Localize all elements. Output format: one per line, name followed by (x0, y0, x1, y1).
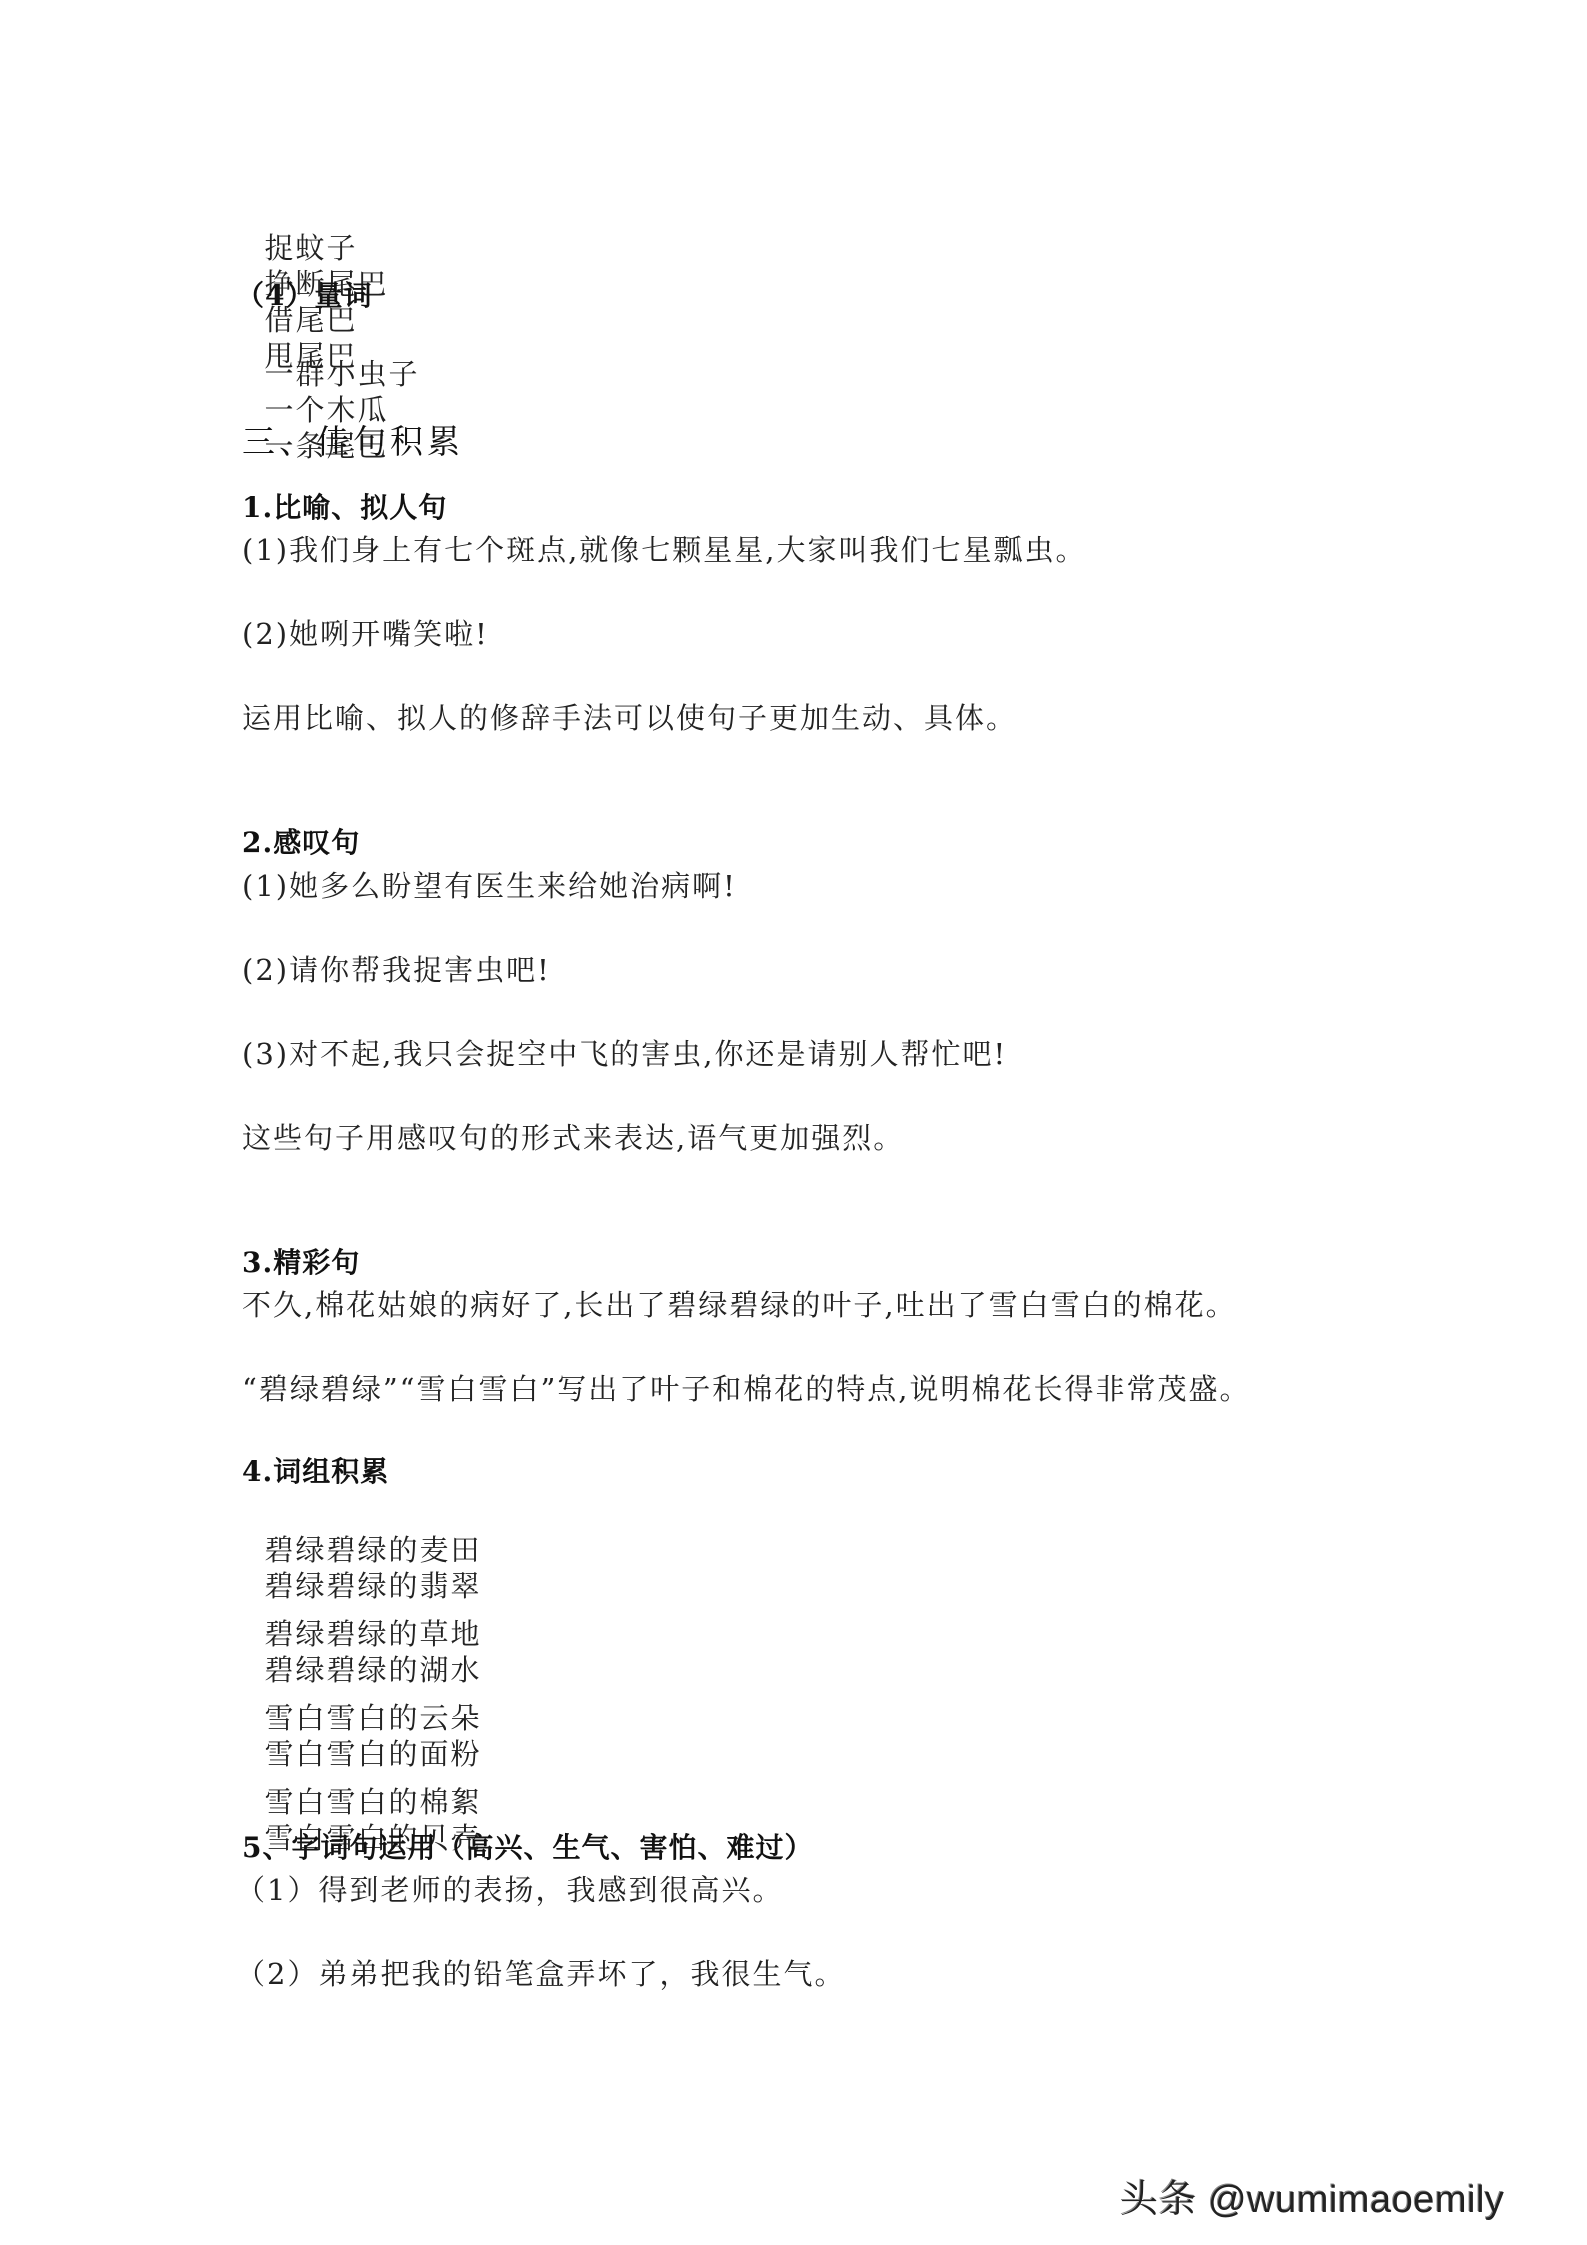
part2-heading: 2.感叹句 (242, 825, 360, 861)
part2-note: 这些句子用感叹句的形式来表达,语气更加强烈。 (242, 1120, 904, 1156)
part4-heading: 4.词组积累 (242, 1454, 389, 1490)
part5-sentence: （1）得到老师的表扬，我感到很高兴。 (236, 1872, 783, 1908)
part3-sentence: 不久,棉花姑娘的病好了,长出了碧绿碧绿的叶子,吐出了雪白雪白的棉花。 (242, 1287, 1237, 1323)
part3-heading: 3.精彩句 (242, 1245, 360, 1281)
part1-note: 运用比喻、拟人的修辞手法可以使句子更加生动、具体。 (242, 700, 1017, 736)
part1-sentence: (2)她咧开嘴笑啦! (242, 616, 489, 652)
watermark: 头条 @wumimaoemily (1120, 2168, 1504, 2223)
phrase: 碧绿碧绿的草地 (264, 1616, 481, 1652)
phrase: 碧绿碧绿的麦田 (264, 1532, 481, 1568)
part1-heading: 1.比喻、拟人句 (242, 490, 447, 526)
verb-phrase: 捉蚊子 (264, 230, 357, 266)
part2-sentence: (2)请你帮我捉害虫吧! (242, 952, 551, 988)
part1-sentence: (1)我们身上有七个斑点,就像七颗星星,大家叫我们七星瓢虫。 (242, 532, 1087, 568)
part2-sentence: (3)对不起,我只会捉空中飞的害虫,你还是请别人帮忙吧! (242, 1036, 1007, 1072)
part5-heading: 5、字词句运用（高兴、生气、害怕、难过） (242, 1830, 814, 1866)
quantifier-phrase: 一群小虫子 (264, 356, 419, 392)
part2-sentence: (1)她多么盼望有医生来给她治病啊! (242, 868, 737, 904)
part3-note: “碧绿碧绿”“雪白雪白”写出了叶子和棉花的特点,说明棉花长得非常茂盛。 (242, 1371, 1251, 1407)
phrase: 雪白雪白的云朵 (264, 1700, 481, 1736)
section-three-heading: 三、佳句积累 (242, 424, 464, 460)
phrase: 雪白雪白的棉絮 (264, 1784, 481, 1820)
quantifier-heading: （4）量词 (236, 278, 372, 314)
part5-sentence: （2）弟弟把我的铅笔盒弄坏了，我很生气。 (236, 1956, 845, 1992)
